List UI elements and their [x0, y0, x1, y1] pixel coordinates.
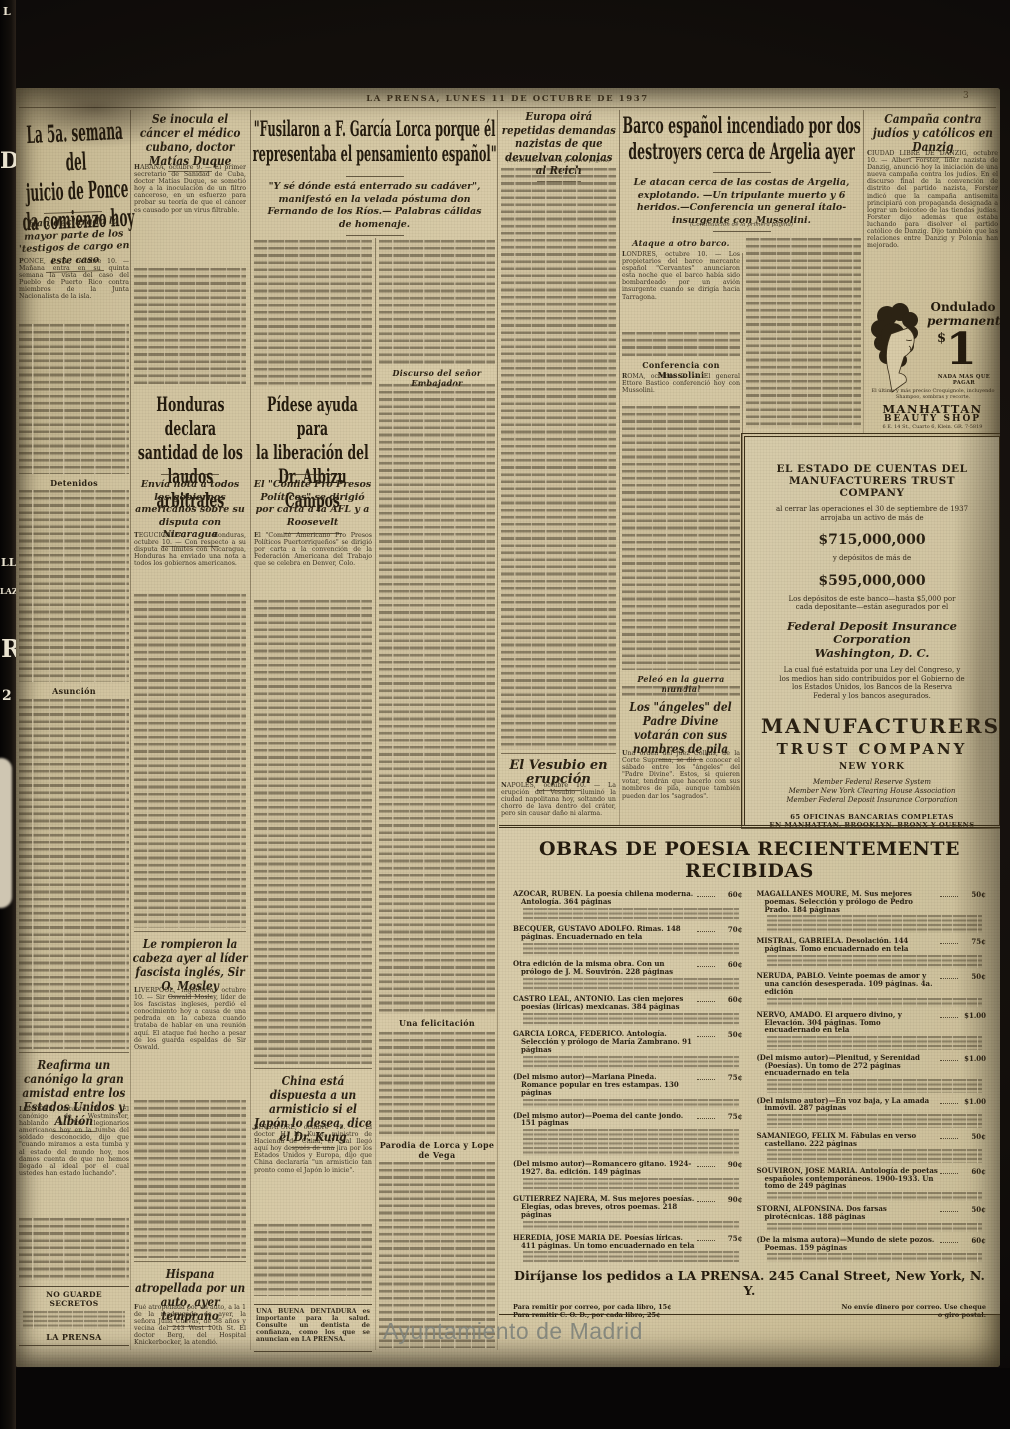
book-annotation	[767, 1253, 983, 1262]
book-title: MAGALLANES MOURE, M. Sus mejores poemas.…	[757, 890, 939, 913]
book-entry: (Del mismo autor)—Poema del cante jondo.…	[513, 1112, 743, 1128]
body-text-block	[622, 686, 740, 696]
archive-watermark: Ayuntamiento de Madrid	[383, 1318, 643, 1345]
payment-note: No envíe dinero por correo. Use cheque o…	[836, 1303, 986, 1319]
book-price: 75¢	[717, 1112, 743, 1121]
book-title: GARCIA LORCA, FEDERICO. Antología. Selec…	[513, 1030, 695, 1053]
body-text-block	[622, 406, 740, 670]
article-divider	[19, 1052, 129, 1053]
book-annotation	[523, 908, 739, 922]
honduras-lead: TEGUCIGALPA, Honduras, octubre 10. — Con…	[134, 532, 246, 590]
dotted-leader	[697, 995, 715, 1002]
lorca-headline: "Fusilaron a F. García Lorca porque élre…	[252, 116, 497, 166]
no-guarde-secretos-ad: NO GUARDE SECRETOS LA PRENSA	[19, 1286, 129, 1346]
lorca-deck: "Y sé dónde está enterrado su cadáver", …	[264, 176, 485, 236]
book-entry: (De la misma autora)—Mundo de siete pozo…	[757, 1236, 987, 1252]
body-text-block	[134, 268, 246, 384]
body-text-block	[501, 168, 616, 750]
section-subhead: Una felicitación	[377, 1018, 497, 1028]
book-price: 90¢	[717, 1195, 743, 1204]
ponce-lead: PONCE, P. R., octubre 10. — Mañana entra…	[19, 258, 129, 320]
body-text-block	[19, 324, 129, 474]
book-price: 60¢	[960, 1236, 986, 1245]
dollar-sign: $	[937, 331, 946, 346]
book-title: BECQUER, GUSTAVO ADOLFO. Rimas. 148 pági…	[513, 925, 695, 941]
edge-fragment: 2	[2, 688, 12, 704]
book-annotation	[523, 943, 739, 957]
book-annotation	[523, 1221, 739, 1230]
body-text-block	[134, 594, 246, 928]
book-entry: STORNI, ALFONSINA. Dos farsas pirotécnic…	[757, 1205, 987, 1221]
newspaper-page: LA PRENSA, LUNES 11 DE OCTUBRE DE 1937 3…	[15, 88, 1000, 1367]
book-price: 60¢	[717, 960, 743, 969]
adjacent-page-edge: L Duo LLI LAZN R 2	[0, 0, 16, 1429]
book-annotation	[767, 1223, 983, 1232]
book-entry: AZOCAR, RUBEN. La poesía chilena moderna…	[513, 890, 743, 906]
shipping-note: Para remitir por correo, por cada libro,…	[513, 1303, 672, 1311]
book-title: (De la misma autora)—Mundo de siete pozo…	[757, 1236, 939, 1252]
book-title: (Del mismo autor)—Mariana Pineda. Romanc…	[513, 1073, 695, 1096]
barco-headline: Barco español incendiado por dosdestroye…	[620, 113, 863, 165]
dentadura-notice: UNA BUENA DENTADURA es importante para l…	[254, 1304, 372, 1352]
dotted-leader	[697, 1112, 715, 1119]
book-title: NERVO, AMADO. El arquero divino, y Eleva…	[757, 1011, 939, 1034]
dotted-leader	[697, 925, 715, 932]
book-price: 60¢	[717, 995, 743, 1004]
book-title: (Del mismo autor)—En voz baja, y La amad…	[757, 1097, 939, 1113]
ad-text-block	[23, 1311, 125, 1329]
body-text-block	[746, 238, 861, 428]
section-title: OBRAS DE POESIA RECIENTEMENTE RECIBIDAS	[513, 838, 986, 882]
book-title: STORNI, ALFONSINA. Dos farsas pirotécnic…	[757, 1205, 939, 1221]
edge-fragment: L	[3, 5, 11, 18]
book-annotation	[523, 1056, 739, 1070]
book-title: (Del mismo autor)—Poema del cante jondo.…	[513, 1112, 695, 1128]
dotted-leader	[940, 1205, 958, 1212]
column-rule	[250, 110, 251, 1350]
barco-lead2: ROMA, octubre 2. — El general Ettore Bas…	[622, 373, 740, 403]
article-divider	[501, 753, 616, 754]
scanned-newspaper-photo: L Duo LLI LAZN R 2 LA PRENSA, LUNES 11 D…	[0, 0, 1010, 1429]
body-text-block	[254, 1224, 372, 1296]
book-annotation	[523, 1099, 739, 1108]
body-text-block	[19, 490, 129, 682]
continuation-note: (Continuación de la primera página)	[620, 222, 863, 229]
book-price: 70¢	[717, 925, 743, 934]
book-title: SOUVIRON, JOSE MARIA. Antología de poeta…	[757, 1167, 939, 1190]
book-annotation	[767, 1192, 983, 1201]
article-divider	[254, 1068, 372, 1069]
paper-edge-highlight	[0, 758, 12, 908]
body-text-block	[254, 240, 372, 386]
book-entry: CASTRO LEAL, ANTONIO. Las cien mejores p…	[513, 995, 743, 1011]
article-divider	[134, 1261, 246, 1262]
book-entry: HEREDIA, JOSE MARIA DE. Poesías líricas.…	[513, 1234, 743, 1250]
dotted-leader	[697, 1030, 715, 1037]
book-price: 50¢	[960, 1205, 986, 1214]
dotted-leader	[697, 890, 715, 897]
obras-de-poesia-section: OBRAS DE POESIA RECIENTEMENTE RECIBIDAS …	[499, 825, 1000, 1315]
albizu-deck: El "Comité Pro Presos Políticos" se diri…	[252, 474, 373, 534]
body-text-block	[379, 240, 495, 364]
book-annotation	[523, 1013, 739, 1027]
book-entry: (Del mismo autor)—Mariana Pineda. Romanc…	[513, 1073, 743, 1096]
dotted-leader	[697, 1160, 715, 1167]
book-title: MISTRAL, GABRIELA. Desolación. 144 págin…	[757, 937, 939, 953]
barco-lead1: LONDRES, octubre 10. — Los propietarios …	[622, 251, 740, 329]
albizu-lead: El "Comité Americano Pro Presos Político…	[254, 532, 372, 596]
section-subhead: Parodia de Lorca y Lope de Vega	[377, 1140, 497, 1160]
book-title: SAMANIEGO, FELIX M. Fábulas en verso cas…	[757, 1132, 939, 1148]
book-entry: Otra edición de la misma obra. Con un pr…	[513, 960, 743, 976]
book-annotation	[523, 1129, 739, 1156]
column-rule	[375, 238, 376, 1350]
book-annotation	[523, 1178, 739, 1192]
dotted-leader	[697, 960, 715, 967]
edge-fragment: R	[1, 634, 16, 663]
book-entry: GARCIA LORCA, FEDERICO. Antología. Selec…	[513, 1030, 743, 1053]
edge-fragment: LAZN	[0, 586, 16, 596]
scan-shadow	[15, 88, 205, 148]
book-title: CASTRO LEAL, ANTONIO. Las cien mejores p…	[513, 995, 695, 1011]
edge-fragment: Duo	[0, 148, 16, 174]
column-rule	[863, 110, 864, 433]
dotted-leader	[940, 1236, 958, 1243]
book-title: (Del mismo autor)—Romancero gitano. 1924…	[513, 1160, 695, 1176]
body-text-block	[134, 1100, 246, 1258]
dotted-leader	[697, 1195, 715, 1202]
section-subhead: Detenidos	[18, 478, 130, 488]
book-title: GUTIERREZ NAJERA, M. Sus mejores poesías…	[513, 1195, 695, 1218]
mosley-lead: LIVERPOOL, Inglaterra, octubre 10. — Sir…	[134, 987, 246, 1097]
book-price: 75¢	[717, 1073, 743, 1082]
canon-lead: LONDRES, octubre 10. — El canónigo de We…	[19, 1106, 129, 1214]
book-title: Otra edición de la misma obra. Con un pr…	[513, 960, 695, 976]
column-rule	[130, 110, 131, 1350]
book-entry: GUTIERREZ NAJERA, M. Sus mejores poesías…	[513, 1195, 743, 1218]
edge-fragment: LLI	[1, 556, 16, 569]
section-subhead: Asunción	[18, 686, 130, 696]
vesuvio-lead: NAPOLES, octubre 10. — La erupción del V…	[501, 782, 616, 822]
shipping-notes: Para remitir por correo, por cada libro,…	[513, 1303, 672, 1319]
scan-shadow	[950, 268, 1000, 1168]
book-price: 50¢	[717, 1030, 743, 1039]
divine-lead: Una orden del juez Collins, de la Corte …	[622, 750, 740, 822]
body-text-block	[19, 699, 129, 1049]
book-title: (Del mismo autor)—Plenitud, y Serenidad …	[757, 1054, 939, 1077]
book-entry: (Del mismo autor)—Romancero gitano. 1924…	[513, 1160, 743, 1176]
book-price: 60¢	[960, 1167, 986, 1176]
book-entry: SOUVIRON, JOSE MARIA. Antología de poeta…	[757, 1167, 987, 1190]
book-title: HEREDIA, JOSE MARIA DE. Poesías líricas.…	[513, 1234, 695, 1250]
ad-heading: NO GUARDE SECRETOS	[21, 1290, 127, 1308]
column-rule	[742, 253, 743, 825]
column-rule	[497, 110, 498, 1350]
book-title: AZOCAR, RUBEN. La poesía chilena moderna…	[513, 890, 695, 906]
continuation-note: (Continuación de la primera página)	[499, 158, 618, 165]
body-text-block	[379, 384, 495, 1014]
body-text-block	[379, 1032, 495, 1136]
book-price: 90¢	[717, 1160, 743, 1169]
hispana-lead: Fué atropellada por un auto, a la 1 de l…	[134, 1304, 246, 1350]
body-text-block	[622, 332, 740, 356]
dotted-leader	[697, 1073, 715, 1080]
kung-lead: SINGAPORE, octubre 10. — El doctor H. H.…	[254, 1124, 372, 1220]
body-text-block	[254, 600, 372, 1064]
ad-footer: LA PRENSA	[21, 1332, 127, 1342]
body-text-block	[19, 1218, 129, 1280]
book-annotation	[523, 978, 739, 992]
article-divider	[134, 931, 246, 932]
book-list-left: AZOCAR, RUBEN. La poesía chilena moderna…	[513, 890, 743, 1262]
book-price: 75¢	[717, 1234, 743, 1243]
woman-profile-illustration	[867, 302, 925, 398]
cancer-lead: HABANA, octubre 9. — El primer secretari…	[134, 164, 246, 264]
section-subhead: Ataque a otro barco.	[620, 238, 742, 248]
book-price: 60¢	[717, 890, 743, 899]
page-number: 3	[963, 91, 969, 101]
photo-bottom-band	[0, 1368, 1010, 1429]
book-entry: BECQUER, GUSTAVO ADOLFO. Rimas. 148 pági…	[513, 925, 743, 941]
book-title: NERUDA, PABLO. Veinte poemas de amor y u…	[757, 972, 939, 995]
order-instructions: Diríjanse los pedidos a LA PRENSA. 245 C…	[513, 1268, 986, 1298]
dotted-leader	[697, 1234, 715, 1241]
book-annotation	[523, 1251, 739, 1262]
